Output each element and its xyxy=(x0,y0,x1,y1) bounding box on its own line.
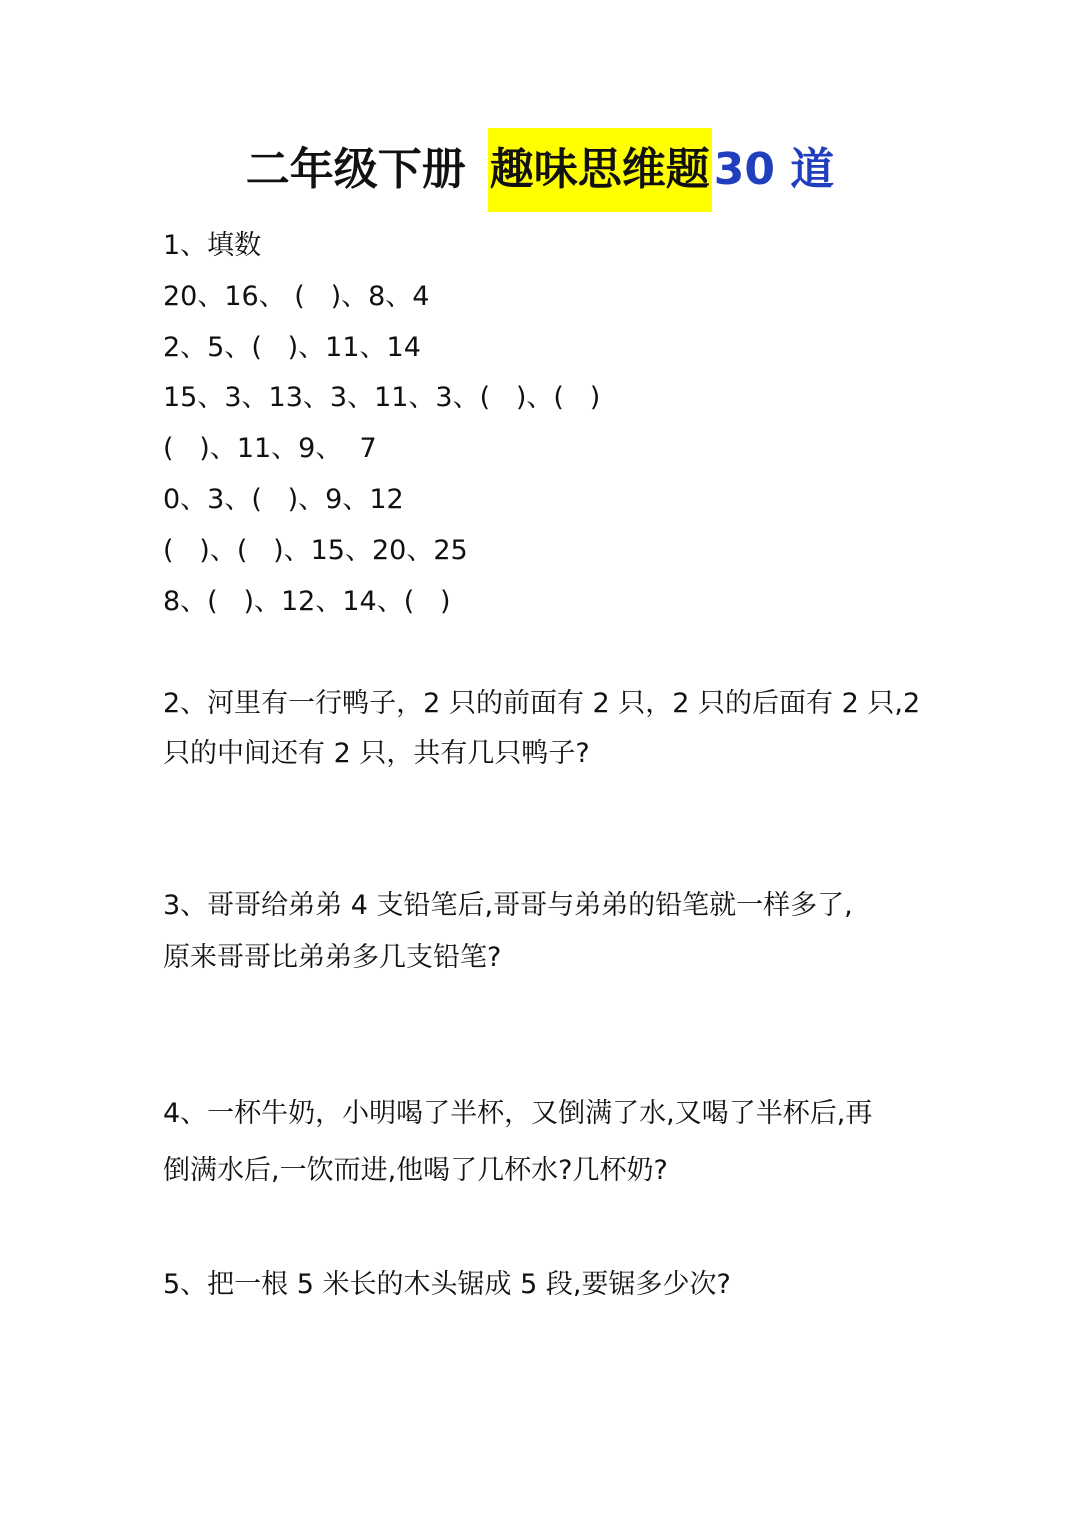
sequence-line: 0、3、( )、9、12 xyxy=(163,480,404,520)
question-text: 倒满水后,一饮而进,他喝了几杯水?几杯奶? xyxy=(163,1151,668,1191)
title-grade: 二年级下册 xyxy=(246,144,466,195)
question-text: 5、把一根 5 米长的木头锯成 5 段,要锯多少次? xyxy=(163,1265,731,1305)
sequence-line: 15、3、13、3、11、3、( )、( ) xyxy=(163,378,600,418)
sequence-line: ( )、( )、15、20、25 xyxy=(163,531,468,571)
question-text: 4、一杯牛奶，小明喝了半杯，又倒满了水,又喝了半杯后,再 xyxy=(163,1094,872,1134)
question-text: 原来哥哥比弟弟多几支铅笔? xyxy=(163,938,501,978)
question-text: 3、哥哥给弟弟 4 支铅笔后,哥哥与弟弟的铅笔就一样多了, xyxy=(163,886,853,926)
title-highlight: 趣味思维题 xyxy=(488,128,712,212)
sequence-line: ( )、11、9、 7 xyxy=(163,429,377,469)
page-title: 二年级下册趣味思维题30 道 xyxy=(0,128,1080,212)
question-text: 只的中间还有 2 只，共有几只鸭子? xyxy=(163,734,590,774)
title-count: 30 道 xyxy=(714,144,835,195)
sequence-line: 8、( )、12、14、( ) xyxy=(163,582,451,622)
question-text: 2、河里有一行鸭子，2 只的前面有 2 只，2 只的后面有 2 只,2 xyxy=(163,684,920,724)
question-heading: 1、填数 xyxy=(163,226,261,266)
sequence-line: 2、5、( )、11、14 xyxy=(163,328,421,368)
sequence-line: 20、16、 ( )、8、4 xyxy=(163,277,429,317)
